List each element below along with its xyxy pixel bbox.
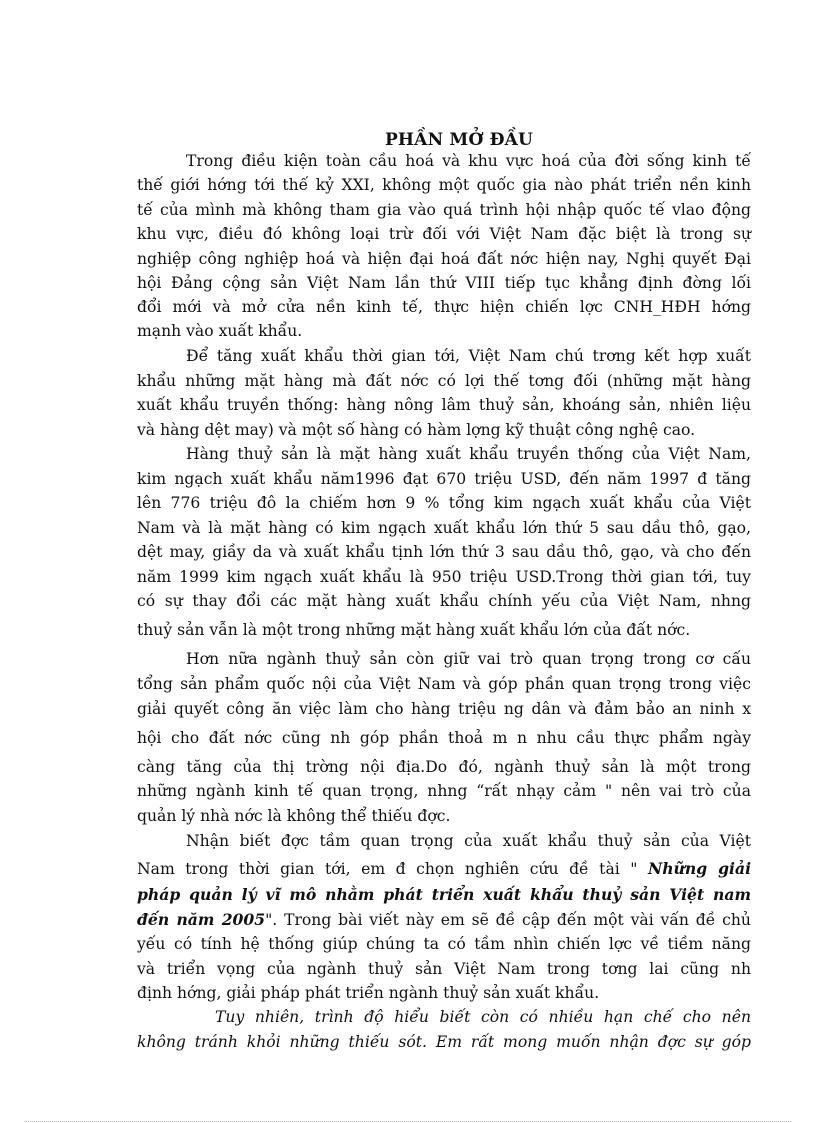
line-text: ". Trong bài viết này em sẽ đề cập đến m… bbox=[265, 911, 751, 929]
paragraph-line: hội Đảng cộng sản Việt Nam lần thứ VIII … bbox=[137, 273, 751, 293]
paragraph-line: tế của mình mà không tham gia vào quá tr… bbox=[137, 200, 751, 220]
paragraph-line: Trong điều kiện toàn cầu hoá và khu vực … bbox=[186, 151, 751, 171]
paragraph-line: có sự thay đổi các mặt hàng xuất khẩu ch… bbox=[137, 591, 751, 611]
paragraph-line: kim ngạch xuất khẩu năm1996 đạt 670 triệ… bbox=[137, 469, 751, 489]
paragraph-line: nghiệp công nghiệp hoá và hiện đại hoá đ… bbox=[137, 249, 751, 269]
paragraph-line: càng tăng của thị trờng nội địa.Do đó, n… bbox=[137, 757, 751, 777]
paragraph-line: hội cho đất nớc cũng nh góp phần thoả m … bbox=[137, 728, 751, 748]
paragraph-line: Để tăng xuất khẩu thời gian tới, Việt Na… bbox=[186, 346, 751, 366]
paragraph-line: không tránh khỏi những thiếu sót. Em rất… bbox=[137, 1032, 751, 1052]
paragraph-line: khu vực, điều đó không loại trừ đối với … bbox=[137, 224, 751, 244]
thesis-title-text: đến năm 2005 bbox=[137, 910, 265, 929]
line-text: Nam trong thời gian tới, em đ chọn nghiê… bbox=[137, 860, 648, 878]
paragraph-line: đến năm 2005". Trong bài viết này em sẽ … bbox=[137, 910, 751, 930]
paragraph-line: những ngành kinh tế quan trọng, nhng “rấ… bbox=[137, 781, 751, 801]
thesis-title-line: pháp quản lý vĩ mô nhằm phát triển xuất … bbox=[137, 885, 751, 905]
paragraph-line: dệt may, giầy da và xuất khẩu tịnh lớn t… bbox=[137, 542, 751, 562]
paragraph-line: Hơn nữa ngành thuỷ sản còn giữ vai trò q… bbox=[186, 649, 751, 669]
paragraph-line: thế giới hớng tới thế kỷ XXI, không một … bbox=[137, 175, 751, 195]
paragraph-line: Tuy nhiên, trình độ hiểu biết còn có nhi… bbox=[215, 1007, 751, 1027]
paragraph-line: tổng sản phẩm quốc nội của Việt Nam và g… bbox=[137, 674, 751, 694]
paragraph-line: Nhận biết đợc tầm quan trọng của xuất kh… bbox=[186, 831, 751, 851]
paragraph-line: đổi mới và mở cửa nền kinh tế, thực hiện… bbox=[137, 297, 751, 317]
page-bottom-dotted-rule bbox=[25, 1121, 791, 1122]
paragraph-line: định hớng, giải pháp phát triển ngành th… bbox=[137, 983, 751, 1003]
thesis-title-text: Những giải bbox=[648, 859, 751, 878]
paragraph-line: khẩu những mặt hàng mà đất nớc có lợi th… bbox=[137, 371, 751, 391]
paragraph-line: giải quyết công ăn việc làm cho hàng tri… bbox=[137, 699, 751, 719]
paragraph-line: quản lý nhà nớc là không thể thiếu đợc. bbox=[137, 806, 751, 826]
paragraph-line: thuỷ sản vẫn là một trong những mặt hàng… bbox=[137, 620, 751, 640]
paragraph-line: mạnh vào xuất khẩu. bbox=[137, 321, 751, 341]
paragraph-line: yếu có tính hệ thống giúp chúng ta có tầ… bbox=[137, 934, 751, 954]
paragraph-line: năm 1999 kim ngạch xuất khẩu là 950 triệ… bbox=[137, 567, 751, 587]
paragraph-line: lên 776 triệu đô la chiếm hơn 9 % tổng k… bbox=[137, 493, 751, 513]
document-page: PHẦN MỞ ĐẦU Trong điều kiện toàn cầu hoá… bbox=[0, 0, 816, 1123]
paragraph-line: xuất khẩu truyền thống: hàng nông lâm th… bbox=[137, 395, 751, 415]
paragraph-line: và triển vọng của ngành thuỷ sản Việt Na… bbox=[137, 959, 751, 979]
page-title: PHẦN MỞ ĐẦU bbox=[0, 130, 816, 150]
paragraph-line: Nam trong thời gian tới, em đ chọn nghiê… bbox=[137, 859, 751, 879]
paragraph-line: Hàng thuỷ sản là mặt hàng xuất khẩu truy… bbox=[186, 444, 751, 464]
paragraph-line: và hàng dệt may) và một số hàng có hàm l… bbox=[137, 420, 751, 440]
paragraph-line: Nam và là mặt hàng có kim ngạch xuất khẩ… bbox=[137, 518, 751, 538]
